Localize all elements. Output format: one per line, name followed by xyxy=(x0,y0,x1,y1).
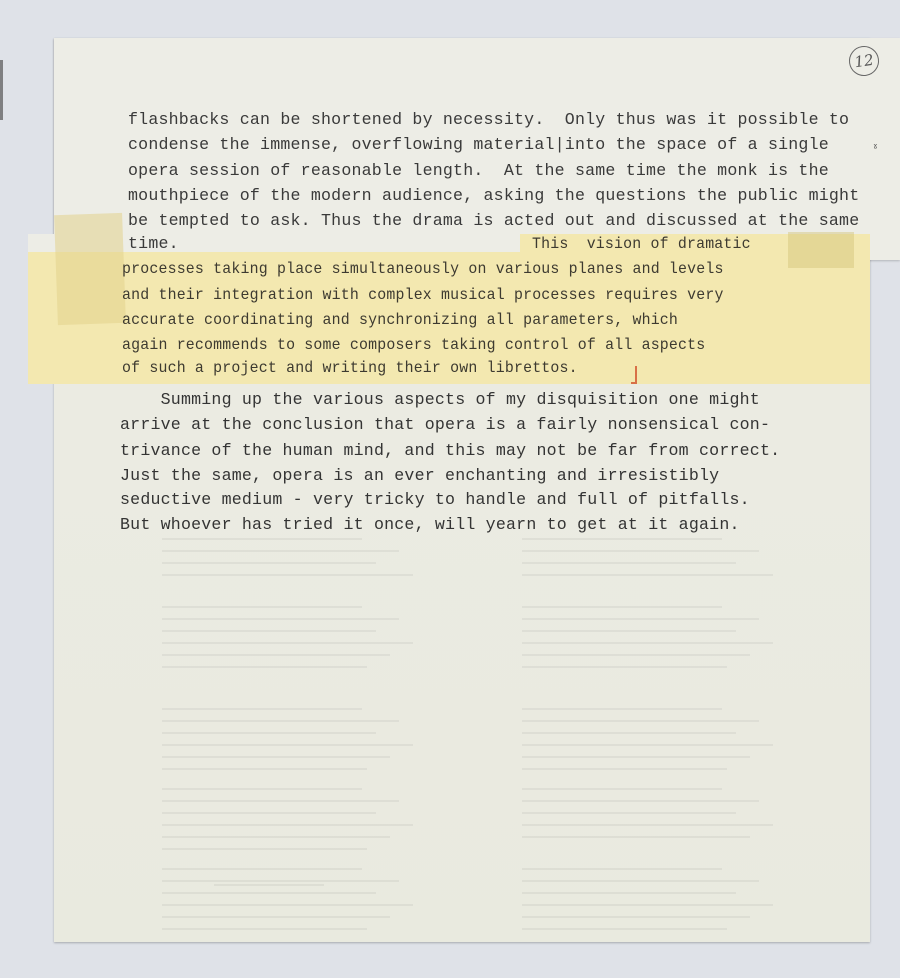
text-line: again recommends to some composers takin… xyxy=(122,336,705,354)
show-through-line xyxy=(162,904,413,906)
show-through-line xyxy=(162,756,390,758)
text-line: be tempted to ask. Thus the drama is act… xyxy=(128,211,859,230)
show-through-line xyxy=(162,550,399,552)
show-through-line xyxy=(162,538,362,540)
show-through-line xyxy=(162,574,413,576)
show-through-line xyxy=(522,708,722,710)
show-through-line xyxy=(522,732,736,734)
show-through-line xyxy=(162,916,390,918)
text-line: But whoever has tried it once, will year… xyxy=(120,515,740,534)
show-through-line xyxy=(162,630,376,632)
show-through-line xyxy=(162,800,399,802)
show-through-line xyxy=(162,768,367,770)
show-through-line xyxy=(162,720,399,722)
show-through-line xyxy=(162,666,367,668)
text-line: This vision of dramatic xyxy=(532,235,751,253)
show-through-line xyxy=(162,606,362,608)
show-through-line xyxy=(522,916,750,918)
show-through-line xyxy=(522,574,773,576)
show-through-line xyxy=(522,538,722,540)
tape-piece-left xyxy=(54,213,126,325)
show-through-line xyxy=(162,744,413,746)
show-through-line xyxy=(522,756,750,758)
show-through-line xyxy=(162,642,413,644)
show-through-line xyxy=(522,666,727,668)
text-line: Just the same, opera is an ever enchanti… xyxy=(120,466,719,485)
show-through-line xyxy=(162,708,362,710)
text-line: time. xyxy=(128,234,179,253)
text-line: trivance of the human mind, and this may… xyxy=(120,441,780,460)
show-through-line xyxy=(522,606,722,608)
show-through-line xyxy=(522,892,736,894)
red-pen-mark xyxy=(631,366,637,384)
show-through-line xyxy=(162,618,399,620)
text-line: of such a project and writing their own … xyxy=(122,359,578,377)
text-line: accurate coordinating and synchronizing … xyxy=(122,311,678,329)
show-through-line xyxy=(522,812,736,814)
show-through-line xyxy=(522,904,773,906)
show-through-line xyxy=(522,768,727,770)
margin-check-mark: ˠ xyxy=(873,141,878,154)
show-through-line xyxy=(522,550,759,552)
show-through-line xyxy=(522,868,722,870)
text-line: opera session of reasonable length. At t… xyxy=(128,161,829,180)
backdrop-edge xyxy=(0,60,3,120)
text-line: and their integration with complex music… xyxy=(122,286,724,304)
show-through-line xyxy=(522,618,759,620)
show-through-line xyxy=(522,928,727,930)
show-through-line xyxy=(522,880,759,882)
text-line: flashbacks can be shortened by necessity… xyxy=(128,110,849,129)
show-through-line xyxy=(522,720,759,722)
show-through-line xyxy=(162,824,413,826)
text-line: mouthpiece of the modern audience, askin… xyxy=(128,186,859,205)
show-through-line xyxy=(162,788,362,790)
text-line: seductive medium - very tricky to handle… xyxy=(120,490,750,509)
text-line: Summing up the various aspects of my dis… xyxy=(120,390,760,409)
show-through-line xyxy=(162,812,376,814)
show-through-line xyxy=(522,744,773,746)
show-through-line xyxy=(162,654,390,656)
show-through-line xyxy=(162,836,390,838)
show-through-line xyxy=(162,848,367,850)
tape-piece-right xyxy=(788,232,854,268)
show-through-line xyxy=(162,928,367,930)
text-line: condense the immense, overflowing materi… xyxy=(128,135,829,154)
show-through-line xyxy=(162,562,376,564)
show-through-line xyxy=(522,630,736,632)
show-through-line xyxy=(214,884,324,886)
show-through-line xyxy=(162,868,362,870)
text-line: processes taking place simultaneously on… xyxy=(122,260,724,278)
show-through-line xyxy=(162,732,376,734)
show-through-line xyxy=(522,788,722,790)
show-through-line xyxy=(522,642,773,644)
show-through-line xyxy=(522,824,773,826)
text-line: arrive at the conclusion that opera is a… xyxy=(120,415,770,434)
show-through-line xyxy=(522,800,759,802)
show-through-line xyxy=(522,562,736,564)
show-through-line xyxy=(162,880,399,882)
show-through-line xyxy=(522,836,750,838)
show-through-line xyxy=(522,654,750,656)
show-through-line xyxy=(162,892,376,894)
